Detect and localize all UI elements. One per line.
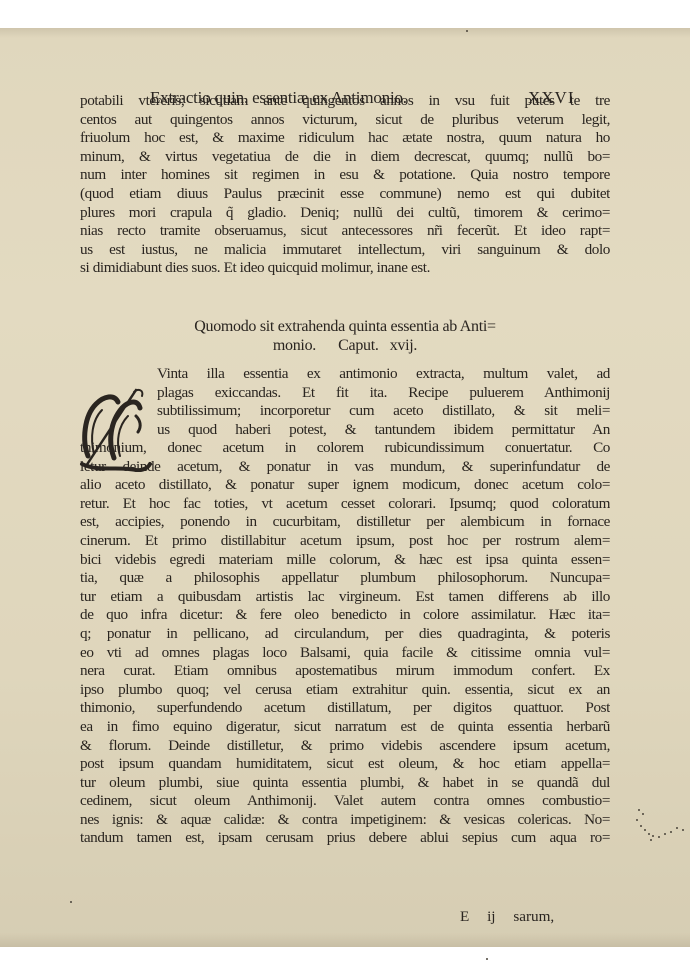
text-line: plagas exiccandas. Et fit ita. Recipe pu… bbox=[157, 384, 610, 403]
paper-speck bbox=[70, 901, 72, 903]
text-line: tandum tamen est, ipsam cerusam prius de… bbox=[80, 829, 610, 848]
text-line: centos aut quingentos annos victurum, si… bbox=[80, 111, 610, 130]
text-line: si dimidiabunt dies suos. Et ideo quicqu… bbox=[80, 259, 610, 278]
chapter-heading-line-1: Quomodo sit extrahenda quinta essentia a… bbox=[80, 317, 610, 336]
signature-mark: E ij bbox=[460, 908, 496, 925]
text-line: potabili vtereris; sicutiam ante quingen… bbox=[80, 92, 610, 111]
text-line: letur deinde acetum, & ponatur in vas mu… bbox=[80, 458, 610, 477]
text-line: tia, quæ a philosophis appellatur plumbu… bbox=[80, 569, 610, 588]
text-line: Vinta illa essentia ex antimonio extract… bbox=[157, 365, 610, 384]
foxing-stain bbox=[630, 803, 690, 853]
catchword: sarum, bbox=[513, 908, 554, 925]
text-line: cinerum. Et primo distillabitur acetum i… bbox=[80, 532, 610, 551]
text-line: nera curat. Etiam omnibus apostematibus … bbox=[80, 662, 610, 681]
text-line: (quod etiam diuus Paulus præcinit esse c… bbox=[80, 185, 610, 204]
text-line: us quod haberi potest, & tantundem ibide… bbox=[157, 421, 610, 440]
text-line: ipso plumbo quoq; vel cerusa etiam extra… bbox=[80, 681, 610, 700]
text-line: de quo infra dicetur: & fere oleo benedi… bbox=[80, 606, 610, 625]
text-line: est, accipies, ponendo in cucurbitam, di… bbox=[80, 513, 610, 532]
text-line: friuolum hoc est, & maxime ridiculum hac… bbox=[80, 129, 610, 148]
text-line: subtilissimum; incorporetur cum aceto di… bbox=[157, 402, 610, 421]
text-line: & florum. Deinde distilletur, & primo vi… bbox=[80, 737, 610, 756]
paragraph-2-indented: Vinta illa essentia ex antimonio extract… bbox=[157, 365, 610, 439]
text-line: plures mori crapula q̃ gladio. Deniq; nu… bbox=[80, 204, 610, 223]
text-line: nes ignis: & aquæ calidæ: & contra impet… bbox=[80, 811, 610, 830]
text-line: num inter homines sit regimen in esu & p… bbox=[80, 166, 610, 185]
paragraph-2: thimonium, donec acetum in colorem rubic… bbox=[80, 439, 610, 848]
text-line: thimonio, superfundendo acetum distillat… bbox=[80, 699, 610, 718]
text-line: us est iustus, ne malicia immutaret inte… bbox=[80, 241, 610, 260]
page-footer: E ij sarum, bbox=[460, 908, 554, 926]
chapter-heading-line-2: monio. Caput. xvij. bbox=[80, 336, 610, 355]
book-page: Extractio quin. essentiæ ex Antimonio. X… bbox=[0, 28, 690, 947]
text-line: eo vti ad omnes plagas loco Balsami, qui… bbox=[80, 644, 610, 663]
paragraph-1: potabili vtereris; sicutiam ante quingen… bbox=[80, 92, 610, 278]
text-line: ea in fimo equino digeratur, sicut narra… bbox=[80, 718, 610, 737]
text-line: tur etiam a quibusdam artistis lac virgi… bbox=[80, 588, 610, 607]
text-line: minum, & virtus vegetatiua de die in die… bbox=[80, 148, 610, 167]
text-line: q; ponatur in pellicano, ad circulandum,… bbox=[80, 625, 610, 644]
text-line: cedinem, sicut oleum Anthimonij. Valet a… bbox=[80, 792, 610, 811]
text-line: alio aceto distillato, & ponatur super i… bbox=[80, 476, 610, 495]
text-line: post ipsum quandam humiditatem, sicut es… bbox=[80, 755, 610, 774]
text-line: bici videbis egredi materiam mille color… bbox=[80, 551, 610, 570]
chapter-heading: Quomodo sit extrahenda quinta essentia a… bbox=[80, 317, 610, 355]
text-line: tur oleum plumbi, siue quinta essentia p… bbox=[80, 774, 610, 793]
text-line: thimonium, donec acetum in colorem rubic… bbox=[80, 439, 610, 458]
paper-speck bbox=[466, 30, 468, 32]
text-line: nias recto tramite obseruamus, sicut ant… bbox=[80, 222, 610, 241]
paper-speck bbox=[486, 958, 488, 960]
text-line: retur. Et hoc fac toties, vt acetum cess… bbox=[80, 495, 610, 514]
